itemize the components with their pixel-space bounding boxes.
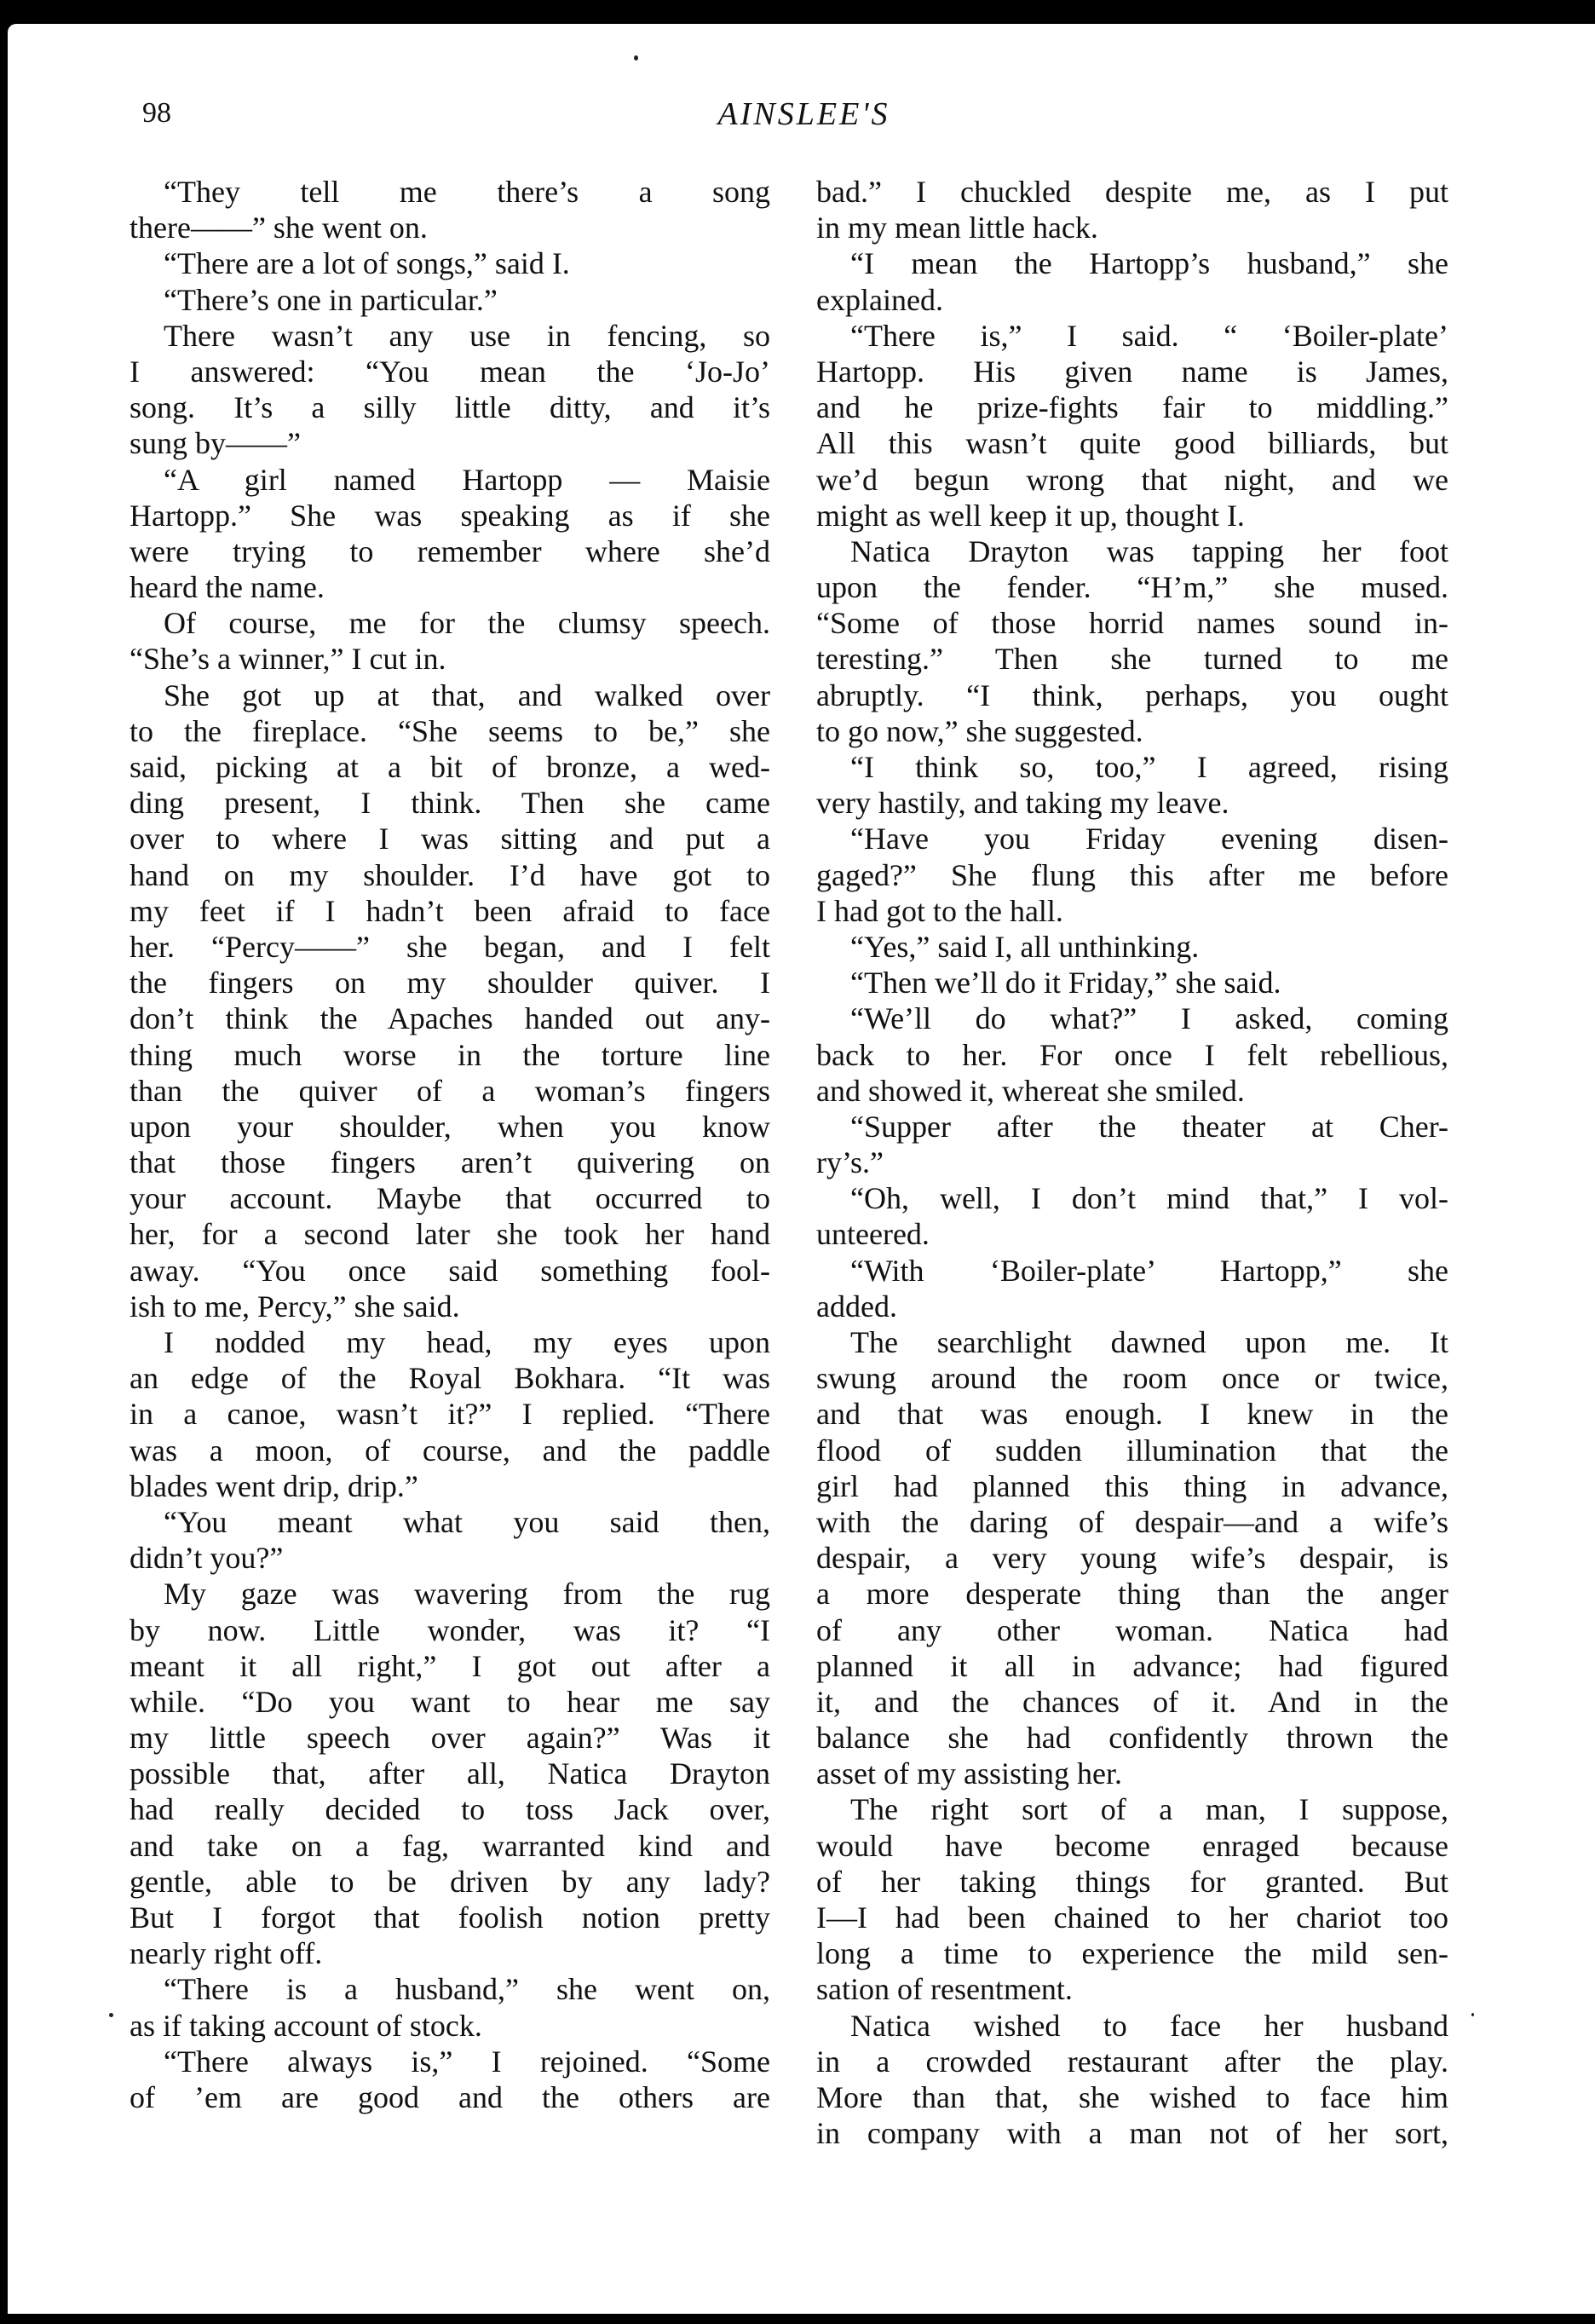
text-line: possible that, after all, Natica Drayton [130, 1756, 770, 1791]
text-column-right: bad.” I chuckled despite me, as I putin … [816, 174, 1448, 2151]
text-line: long a time to experience the mild sen- [816, 1935, 1448, 1971]
text-line: ish to me, Percy,” she said. [130, 1289, 770, 1324]
text-line: were trying to remember where she’d [130, 533, 770, 569]
magazine-page: 98 AINSLEE'S “They tell me there’s a son… [8, 24, 1595, 2314]
print-speck [1471, 2013, 1474, 2016]
print-speck [634, 55, 638, 61]
text-line: added. [816, 1289, 1448, 1324]
text-line: teresting.” Then she turned to me [816, 641, 1448, 677]
print-speck [109, 2013, 113, 2017]
text-line: girl had planned this thing in advance, [816, 1468, 1448, 1504]
text-line: and take on a fag, warranted kind and [130, 1828, 770, 1864]
text-line: “There is,” I said. “ ‘Boiler-plate’ [816, 318, 1448, 354]
text-line: “There is a husband,” she went on, [130, 1971, 770, 2007]
text-line: ding present, I think. Then she came [130, 785, 770, 821]
text-line: “With ‘Boiler-plate’ Hartopp,” she [816, 1253, 1448, 1289]
text-line: had really decided to toss Jack over, [130, 1791, 770, 1827]
text-line: very hastily, and taking my leave. [816, 785, 1448, 821]
text-line: the fingers on my shoulder quiver. I [130, 965, 770, 1001]
text-column-left: “They tell me there’s a songthere——” she… [130, 174, 770, 2115]
text-line: in company with a man not of her sort, [816, 2115, 1448, 2151]
text-line: of ’em are good and the others are [130, 2079, 770, 2115]
text-line: I nodded my head, my eyes upon [130, 1324, 770, 1360]
text-line: a more desperate thing than the anger [816, 1576, 1448, 1612]
text-line: her, for a second later she took her han… [130, 1216, 770, 1252]
text-line: an edge of the Royal Bokhara. “It was [130, 1360, 770, 1396]
text-line: to the fireplace. “She seems to be,” she [130, 713, 770, 749]
text-line: I had got to the hall. [816, 893, 1448, 929]
text-line: I answered: “You mean the ‘Jo-Jo’ [130, 354, 770, 389]
text-line: Hartopp. His given name is James, [816, 354, 1448, 389]
text-line: balance she had confidently thrown the [816, 1720, 1448, 1756]
text-line: despair, a very young wife’s despair, is [816, 1540, 1448, 1576]
text-line: upon your shoulder, when you know [130, 1109, 770, 1145]
text-line: hand on my shoulder. I’d have got to [130, 857, 770, 893]
text-line: But I forgot that foolish notion pretty [130, 1900, 770, 1935]
text-line: The searchlight dawned upon me. It [816, 1324, 1448, 1360]
text-line: “Yes,” said I, all unthinking. [816, 929, 1448, 965]
text-line: your account. Maybe that occurred to [130, 1180, 770, 1216]
text-line: “Some of those horrid names sound in- [816, 605, 1448, 641]
text-line: “There always is,” I rejoined. “Some [130, 2044, 770, 2079]
text-line: ry’s.” [816, 1145, 1448, 1180]
text-line: of her taking things for granted. But [816, 1864, 1448, 1900]
text-line: with the daring of despair—and a wife’s [816, 1504, 1448, 1540]
text-line: “Supper after the theater at Cher- [816, 1109, 1448, 1145]
text-line: than the quiver of a woman’s fingers [130, 1073, 770, 1109]
text-line: unteered. [816, 1216, 1448, 1252]
text-line: gaged?” She flung this after me before [816, 857, 1448, 893]
text-line: There wasn’t any use in fencing, so [130, 318, 770, 354]
text-line: asset of my assisting her. [816, 1756, 1448, 1791]
text-line: as if taking account of stock. [130, 2008, 770, 2044]
text-line: I—I had been chained to her chariot too [816, 1900, 1448, 1935]
text-line: in a canoe, wasn’t it?” I replied. “Ther… [130, 1396, 770, 1432]
text-line: her. “Percy——” she began, and I felt [130, 929, 770, 965]
text-line: More than that, she wished to face him [816, 2079, 1448, 2115]
text-line: thing much worse in the torture line [130, 1037, 770, 1073]
text-line: Natica Drayton was tapping her foot [816, 533, 1448, 569]
text-line: swung around the room once or twice, [816, 1360, 1448, 1396]
text-line: would have become enraged because [816, 1828, 1448, 1864]
text-line: planned it all in advance; had figured [816, 1648, 1448, 1684]
text-line: of any other woman. Natica had [816, 1612, 1448, 1648]
text-line: heard the name. [130, 569, 770, 605]
text-line: bad.” I chuckled despite me, as I put [816, 174, 1448, 210]
text-line: that those fingers aren’t quivering on [130, 1145, 770, 1180]
text-line: away. “You once said something fool- [130, 1253, 770, 1289]
text-line: to go now,” she suggested. [816, 713, 1448, 749]
text-line: my feet if I hadn’t been afraid to face [130, 893, 770, 929]
text-line: said, picking at a bit of bronze, a wed- [130, 749, 770, 785]
text-line: “We’ll do what?” I asked, coming [816, 1001, 1448, 1036]
text-line: don’t think the Apaches handed out any- [130, 1001, 770, 1036]
text-line: by now. Little wonder, was it? “I [130, 1612, 770, 1648]
text-line: “I think so, too,” I agreed, rising [816, 749, 1448, 785]
text-line: “They tell me there’s a song [130, 174, 770, 210]
text-line: “Then we’ll do it Friday,” she said. [816, 965, 1448, 1001]
running-head-title: AINSLEE'S [8, 95, 1595, 133]
text-line: didn’t you?” [130, 1540, 770, 1576]
text-line: Natica wished to face her husband [816, 2008, 1448, 2044]
text-line: blades went drip, drip.” [130, 1468, 770, 1504]
text-line: while. “Do you want to hear me say [130, 1684, 770, 1720]
text-line: “Have you Friday evening disen- [816, 821, 1448, 856]
text-line: My gaze was wavering from the rug [130, 1576, 770, 1612]
text-line: “I mean the Hartopp’s husband,” she [816, 245, 1448, 281]
text-line: and showed it, whereat she smiled. [816, 1073, 1448, 1109]
text-line: explained. [816, 282, 1448, 318]
text-line: abruptly. “I think, perhaps, you ought [816, 678, 1448, 713]
text-line: my little speech over again?” Was it [130, 1720, 770, 1756]
text-line: might as well keep it up, thought I. [816, 498, 1448, 533]
text-line: upon the fender. “H’m,” she mused. [816, 569, 1448, 605]
text-line: and he prize-fights fair to middling.” [816, 389, 1448, 425]
text-line: Of course, me for the clumsy speech. [130, 605, 770, 641]
text-line: in my mean little hack. [816, 210, 1448, 245]
text-line: “There’s one in particular.” [130, 282, 770, 318]
text-line: there——” she went on. [130, 210, 770, 245]
text-line: we’d begun wrong that night, and we [816, 462, 1448, 498]
text-line: Hartopp.” She was speaking as if she [130, 498, 770, 533]
text-line: and that was enough. I knew in the [816, 1396, 1448, 1432]
text-line: “Oh, well, I don’t mind that,” I vol- [816, 1180, 1448, 1216]
text-line: “She’s a winner,” I cut in. [130, 641, 770, 677]
text-line: over to where I was sitting and put a [130, 821, 770, 856]
text-line: it, and the chances of it. And in the [816, 1684, 1448, 1720]
text-line: was a moon, of course, and the paddle [130, 1433, 770, 1468]
text-line: All this wasn’t quite good billiards, bu… [816, 425, 1448, 461]
text-line: She got up at that, and walked over [130, 678, 770, 713]
text-line: back to her. For once I felt rebellious, [816, 1037, 1448, 1073]
text-line: song. It’s a silly little ditty, and it’… [130, 389, 770, 425]
text-line: flood of sudden illumination that the [816, 1433, 1448, 1468]
text-line: The right sort of a man, I suppose, [816, 1791, 1448, 1827]
text-line: meant it all right,” I got out after a [130, 1648, 770, 1684]
text-line: “There are a lot of songs,” said I. [130, 245, 770, 281]
text-line: sung by——” [130, 425, 770, 461]
text-line: sation of resentment. [816, 1971, 1448, 2007]
text-line: “You meant what you said then, [130, 1504, 770, 1540]
text-line: “A girl named Hartopp — Maisie [130, 462, 770, 498]
text-line: nearly right off. [130, 1935, 770, 1971]
text-line: in a crowded restaurant after the play. [816, 2044, 1448, 2079]
text-line: gentle, able to be driven by any lady? [130, 1864, 770, 1900]
